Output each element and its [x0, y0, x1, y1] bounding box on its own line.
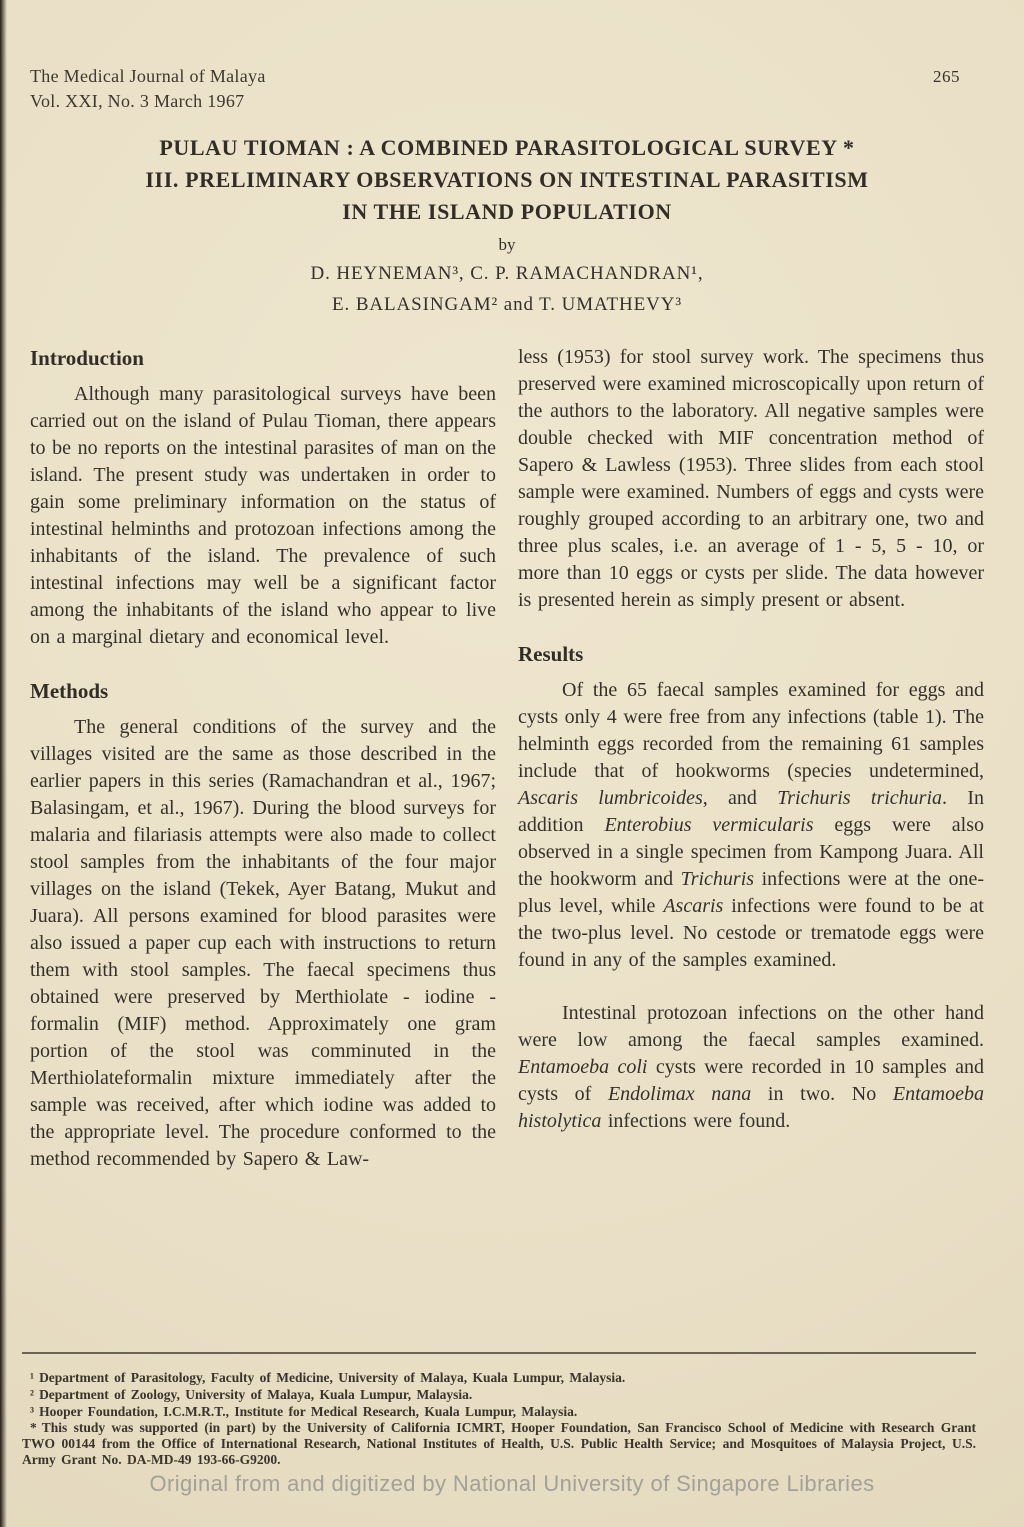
article-title-block: PULAU TIOMAN : A COMBINED PARASITOLOGICA… — [30, 132, 984, 318]
footnote-marker: ³ — [30, 1404, 34, 1419]
digitization-watermark: Original from and digitized by National … — [0, 1471, 1024, 1497]
page-number: 265 — [933, 64, 960, 89]
left-column: Introduction Although many parasitologic… — [30, 344, 496, 1356]
footnote-text: Department of Parasitology, Faculty of M… — [39, 1370, 625, 1385]
journal-page: The Medical Journal of Malaya Vol. XXI, … — [0, 0, 1024, 1527]
results-paragraph-2: Intestinal protozoan infections on the o… — [518, 1000, 984, 1135]
article-title-line-3: IN THE ISLAND POPULATION — [30, 196, 984, 228]
footnote-item: ¹Department of Parasitology, Faculty of … — [22, 1370, 976, 1386]
footnote-text: Hooper Foundation, I.C.M.R.T., Institute… — [39, 1404, 577, 1419]
authors-line-2: E. BALASINGAM² and T. UMATHEVY³ — [30, 291, 984, 318]
footnote-item: ²Department of Zoology, University of Ma… — [22, 1387, 976, 1403]
journal-issue-line: Vol. XXI, No. 3 March 1967 — [30, 89, 266, 114]
authors-line-1: D. HEYNEMAN³, C. P. RAMACHANDRAN¹, — [30, 260, 984, 287]
article-body: Introduction Although many parasitologic… — [30, 344, 984, 1356]
footnote-marker: * — [30, 1420, 37, 1435]
article-title-line-2: III. PRELIMINARY OBSERVATIONS ON INTESTI… — [30, 164, 984, 196]
introduction-paragraph: Although many parasitological surveys ha… — [30, 381, 496, 651]
footnotes: ¹Department of Parasitology, Faculty of … — [22, 1352, 976, 1468]
journal-header: The Medical Journal of Malaya Vol. XXI, … — [30, 64, 984, 114]
scan-edge — [0, 0, 7, 1527]
right-column: less (1953) for stool survey work. The s… — [518, 344, 984, 1356]
footnote-divider — [22, 1352, 976, 1354]
footnote-marker: ¹ — [30, 1370, 34, 1385]
byline: by — [30, 234, 984, 256]
section-heading-methods: Methods — [30, 677, 496, 705]
footnote-marker: ² — [30, 1387, 34, 1402]
footnote-item: ³Hooper Foundation, I.C.M.R.T., Institut… — [22, 1404, 976, 1420]
footnote-text: This study was supported (in part) by th… — [22, 1420, 976, 1467]
footnote-text: Department of Zoology, University of Mal… — [39, 1387, 472, 1402]
journal-title: The Medical Journal of Malaya — [30, 64, 266, 89]
footnote-item: *This study was supported (in part) by t… — [22, 1420, 976, 1467]
section-heading-introduction: Introduction — [30, 344, 496, 372]
results-paragraph-1: Of the 65 faecal samples examined for eg… — [518, 677, 984, 974]
section-heading-results: Results — [518, 640, 984, 668]
methods-continuation-paragraph: less (1953) for stool survey work. The s… — [518, 344, 984, 614]
methods-paragraph: The general conditions of the survey and… — [30, 714, 496, 1173]
journal-masthead: The Medical Journal of Malaya Vol. XXI, … — [30, 64, 266, 114]
article-title-line-1: PULAU TIOMAN : A COMBINED PARASITOLOGICA… — [30, 132, 984, 164]
